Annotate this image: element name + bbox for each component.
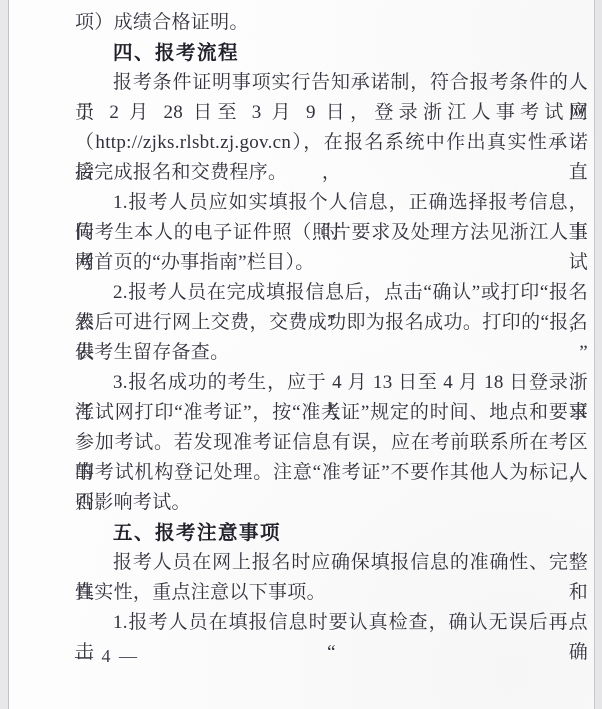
document-body: 项）成绩合格证明。四、报考流程报考条件证明事项实行告知承诺制，符合报考条件的人员…: [75, 8, 588, 671]
document-line: 事考试机构登记处理。注意“准考证”不要作其他人为标记，否: [75, 458, 588, 488]
document-line: 考试网打印“准考证”，按“准考证”规定的时间、地点和要求: [75, 398, 588, 428]
document-line: 传考生本人的电子证件照（照片要求及处理方法见浙江人事考试: [75, 218, 588, 248]
document-line: （http://zjks.rlsbt.zj.gov.cn），在报名系统中作出真实…: [75, 128, 588, 158]
document-line: 报考人员在网上报名时应确保填报信息的准确性、完整性和: [75, 548, 588, 578]
document-line: 1.报考人员在填报信息时要认真检查，确认无误后再点击“确: [75, 608, 588, 638]
document-line: 参加考试。若发现准考证信息有误，应在考前联系所在考区的人: [75, 428, 588, 458]
document-line: 则影响考试。: [75, 488, 588, 518]
scanned-document-page: 项）成绩合格证明。四、报考流程报考条件证明事项实行告知承诺制，符合报考条件的人员…: [0, 0, 602, 709]
document-line: 1.报考人员应如实填报个人信息，正确选择报考信息，同时上: [75, 188, 588, 218]
document-line: 3.报名成功的考生，应于 4 月 13 日至 4 月 18 日登录浙江人事: [75, 368, 588, 398]
document-line: 于 2 月 28 日至 3 月 9 日，登录浙江人事考试网: [75, 98, 588, 128]
document-line: 2.报考人员在完成填报信息后，点击“确认”或打印“报名表”，: [75, 278, 588, 308]
scan-edge-left: [0, 0, 9, 709]
document-line: 项）成绩合格证明。: [75, 8, 588, 38]
section-heading: 五、报考注意事项: [75, 518, 588, 548]
document-line: 报考条件证明事项实行告知承诺制，符合报考条件的人员应: [75, 68, 588, 98]
scan-edge-right: [594, 0, 602, 709]
document-line: 然后可进行网上交费，交费成功即为报名成功。打印的“报名表”: [75, 308, 588, 338]
section-heading: 四、报考流程: [75, 38, 588, 68]
